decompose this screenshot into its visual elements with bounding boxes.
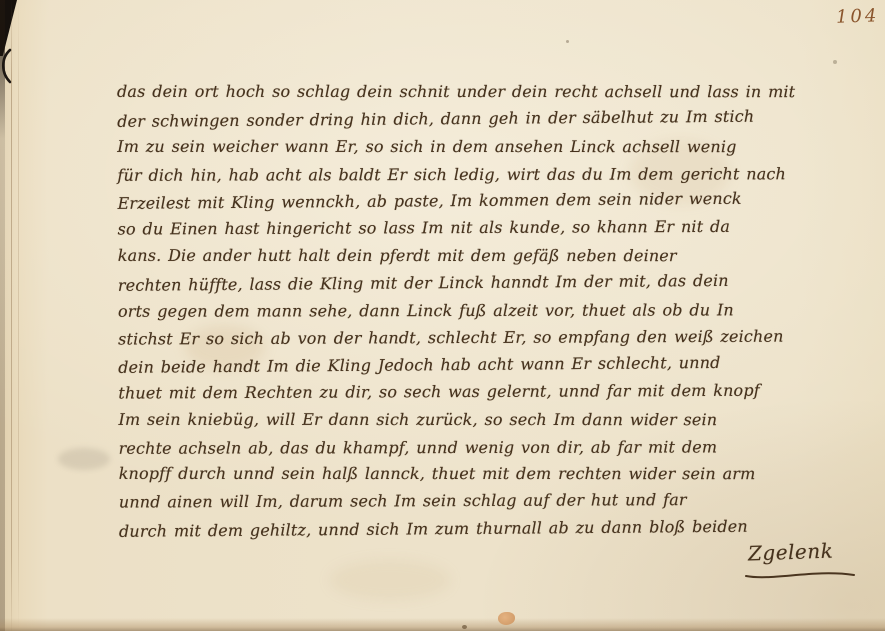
manuscript-line: kans. Die ander hutt halt dein pferdt mi… xyxy=(118,242,818,270)
manuscript-line: Erzeilest mit Kling wennckh, ab paste, I… xyxy=(117,184,817,217)
binding-shadow xyxy=(0,0,5,631)
manuscript-line: dein beide handt Im die Kling Jedoch hab… xyxy=(118,348,818,381)
stain xyxy=(58,448,110,470)
manuscript-line: orts gegen dem mann sehe, dann Linck fuß… xyxy=(118,297,818,326)
signature-flourish xyxy=(744,566,856,585)
ink-speck xyxy=(566,40,569,43)
manuscript-line: das dein ort hoch so schlag dein schnit … xyxy=(117,78,817,106)
manuscript-line: knopff durch unnd sein halß lannck, thue… xyxy=(119,460,819,488)
manuscript-text: das dein ort hoch so schlag dein schnit … xyxy=(117,76,819,543)
manuscript-line: der schwingen sonder dring hin dich, dan… xyxy=(117,102,817,135)
page-crease xyxy=(18,0,19,631)
manuscript-line: Im sein kniebüg, will Er dann sich zurüc… xyxy=(118,405,818,433)
manuscript-line: thuet mit dem Rechten zu dir, so sech wa… xyxy=(118,377,818,407)
manuscript-line: rechten hüffte, lass die Kling mit der L… xyxy=(118,266,818,299)
ink-speck xyxy=(833,60,837,64)
manuscript-line: so du Einen hast hingericht so lass Im n… xyxy=(118,213,818,243)
page-crease xyxy=(11,0,12,631)
signature: Zgelenk xyxy=(748,539,834,566)
manuscript-line: rechte achseln ab, das du khampf, unnd w… xyxy=(119,433,819,462)
manuscript-line: unnd ainen will Im, darum sech Im sein s… xyxy=(119,486,819,516)
manuscript-line: stichst Er so sich ab von der handt, sch… xyxy=(118,322,818,352)
manuscript-line: durch mit dem gehiltz, unnd sich Im zum … xyxy=(119,512,819,545)
bottom-page-edge xyxy=(0,618,885,631)
stain xyxy=(330,560,450,600)
manuscript-photo: 104 das dein ort hoch so schlag dein sch… xyxy=(0,0,885,631)
folio-number: 104 xyxy=(836,5,880,28)
manuscript-line: Im zu sein weicher wann Er, so sich in d… xyxy=(117,132,817,160)
